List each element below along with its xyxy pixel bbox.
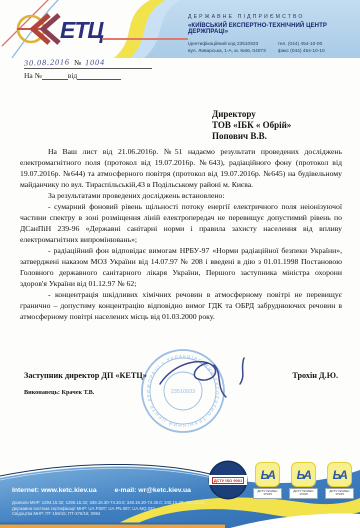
reply-number-blank [42, 72, 68, 80]
header-underline [102, 38, 188, 40]
footer-email: e-mail: wr@ketc.kiev.ua [115, 487, 191, 494]
accreditation-badge-2: ЬА ДСТУ ISO/IEC 17025 [289, 462, 318, 499]
recipient-company: ТОВ «ІБК « Обрій» [212, 120, 291, 131]
org-fax: факс (044) 454-10-10 [278, 48, 325, 55]
reply-from-label: від [68, 71, 77, 80]
footer-band: Internet: www.ketc.kiev.ua e-mail: wr@ke… [0, 458, 360, 528]
recipient-title: Директору [212, 109, 291, 120]
badge-caption: ДСТУ ISO/IEC 17025 [289, 488, 318, 499]
accreditation-monogram: ЬА [261, 468, 275, 482]
footer-permits: Дозволи МНР: 1294.15.32; 1295.15.32; 339… [12, 500, 217, 506]
scanned-letter-page: ЕТЦ ДЕРЖАВНЕ ПІДПРИЄМСТВО «КИЇВСЬКИЙ ЕКС… [0, 0, 360, 528]
handwritten-signature-icon [152, 350, 262, 408]
accreditation-badge-1: ЬА ДСТУ ISO/IEC 17025 [253, 462, 282, 499]
letter-body: На Ваш лист від 21.06.2016р. №51 надаємо… [20, 146, 342, 322]
handwritten-date: 30.08.2016 [24, 57, 70, 67]
paragraph-results-lead: За результатами проведених досліджень вс… [20, 190, 342, 201]
org-id-code: Ідентифікаційний код 23510933 [188, 41, 266, 48]
bullet-air: - концентрація шкідливих хімічних речови… [20, 289, 342, 322]
badge-caption: ДСТУ ISO/IEC 17025 [253, 488, 282, 499]
org-type: ДЕРЖАВНЕ ПІДПРИЄМСТВО [188, 14, 356, 20]
accreditation-monogram: ЬА [333, 468, 347, 482]
iso-9001-round-badge: ДСТУ ISO 9001 [210, 462, 246, 498]
handwritten-number: 1004 [85, 58, 105, 68]
bullet-radiation: - радіаційний фон відповідає вимогам НРБ… [20, 245, 342, 289]
signature-title: Заступник директор ДП «КЕТЦ» [24, 371, 147, 380]
signature-name: Трохін Д.Ю. [292, 371, 338, 380]
company-logo: ЕТЦ [14, 9, 110, 49]
executor-line: Виконавець: Крачек Т.В. [24, 389, 94, 396]
logo-text: ЕТЦ [60, 17, 104, 43]
org-phone: тел. (044) 454-10-00 [278, 41, 325, 48]
reference-block: 30.08.2016 № 1004 На №від [24, 58, 152, 80]
reply-date-blank [77, 72, 121, 80]
accreditation-badge-3: ЬА ДСТУ ISO/IEC 17025 [325, 462, 354, 499]
org-name: «КИЇВСЬКИЙ ЕКСПЕРТНО-ТЕХНІЧНИЙ ЦЕНТР ДЕР… [188, 23, 356, 35]
bullet-electromagnetic: - сумарний фоновий рівень щільності пото… [20, 201, 342, 245]
numero-sign: № [74, 58, 81, 67]
footer-internet: Internet: www.ketc.kiev.ua [12, 487, 97, 494]
footer-licences: Свідоцтва МНР: ПТ-159/15; ПТ-376/15; 099… [12, 511, 217, 517]
org-address: вул. Ливарська, 1-А, м. Київ, 04073 [188, 48, 266, 55]
reply-prefix: На № [24, 71, 42, 80]
iso-9001-label: ДСТУ ISO 9001 [212, 477, 245, 484]
recipient-person: Попович В.В. [212, 131, 291, 142]
paragraph-intro: На Ваш лист від 21.06.2016р. №51 надаємо… [20, 146, 342, 190]
accreditation-monogram: ЬА [297, 468, 311, 482]
badge-caption: ДСТУ ISO/IEC 17025 [325, 488, 354, 499]
recipient-block: Директору ТОВ «ІБК « Обрій» Попович В.В. [212, 109, 291, 142]
header-band: ЕТЦ ДЕРЖАВНЕ ПІДПРИЄМСТВО «КИЇВСЬКИЙ ЕКС… [0, 0, 360, 58]
